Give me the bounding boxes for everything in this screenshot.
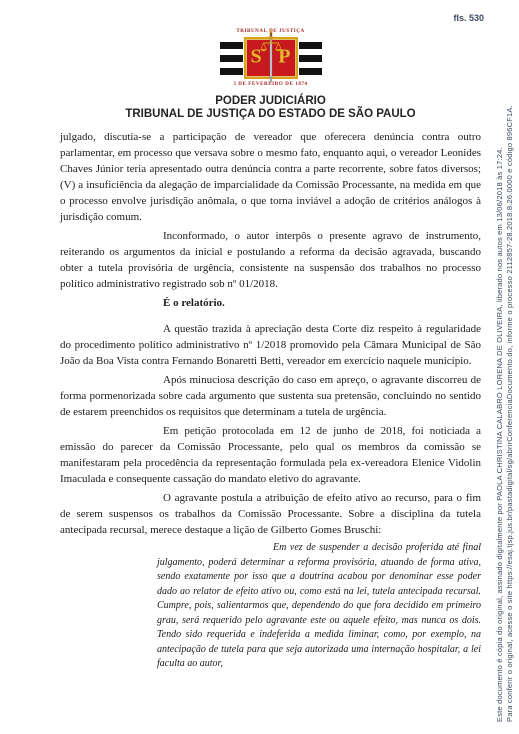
header-title-tribunal: TRIBUNAL DE JUSTIÇA DO ESTADO DE SÃO PAU… [60, 108, 481, 120]
black-bar [220, 55, 243, 62]
esaj-signature-stamp-line1: Este documento é cópia do original, assi… [495, 147, 504, 722]
emblem-shield: S P [244, 37, 298, 79]
black-bar [299, 42, 322, 49]
header-title-poder-judiciario: PODER JUDICIÁRIO [60, 95, 481, 107]
relatorio-line: É o relatório. [60, 295, 481, 311]
paragraph: Em petição protocolada em 12 de junho de… [60, 423, 481, 487]
paragraph: A questão trazida à apreciação desta Cor… [60, 321, 481, 369]
paragraph: O agravante postula a atribuição de efei… [60, 490, 481, 538]
esaj-signature-stamp-line2: Para conferir o original, acesse o site … [505, 105, 514, 722]
page-number-stamp: fls. 530 [453, 13, 484, 23]
document-header: TRIBUNAL DE JUSTIÇA S [60, 29, 481, 120]
black-bar [299, 68, 322, 75]
document-body: julgado, discutia-se a participação de v… [60, 129, 481, 672]
document-page: fls. 530 TRIBUNAL DE JUSTIÇA S [0, 0, 519, 734]
tjsp-coat-of-arms: TRIBUNAL DE JUSTIÇA S [220, 29, 322, 87]
paragraph: Inconformado, o autor interpôs o present… [60, 228, 481, 292]
doctrine-quote: Em vez de suspender a decisão proferida … [157, 541, 481, 672]
emblem-bars-right [299, 42, 322, 75]
paragraph: Após minuciosa descrição do caso em apre… [60, 372, 481, 420]
emblem-bars-left [220, 42, 243, 75]
emblem-letter-p: P [278, 46, 290, 69]
black-bar [220, 42, 243, 49]
black-bar [299, 55, 322, 62]
emblem-shield-row: S P [220, 37, 322, 79]
black-bar [220, 68, 243, 75]
paragraph: julgado, discutia-se a participação de v… [60, 129, 481, 225]
